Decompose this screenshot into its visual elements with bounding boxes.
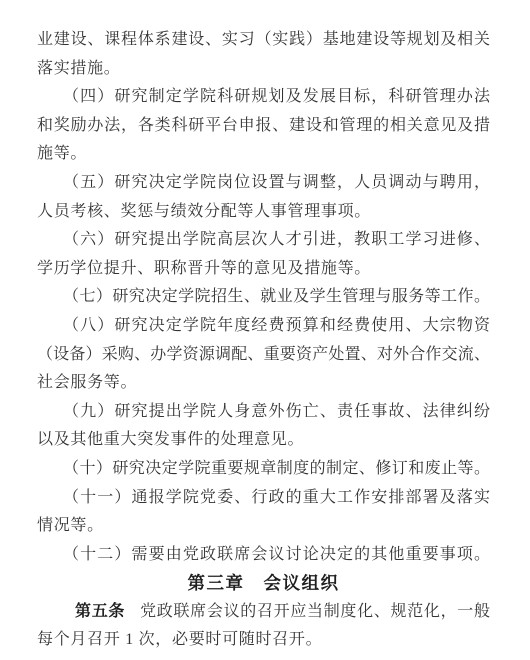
article-5-number: 第五条 [75, 603, 125, 620]
document-line-clause-4: （四）研究制定学院科研规划及发展目标，科研管理办法 [37, 83, 490, 112]
document-line-clause-8: （八）研究决定学院年度经费预算和经费使用、大宗物资 [37, 312, 490, 341]
document-line: 人员考核、奖惩与绩效分配等人事管理事项。 [37, 198, 490, 227]
document-line: （设备）采购、办学资源调配、重要资产处置、对外合作交流、 [37, 341, 490, 370]
document-line: 和奖励办法，各类科研平台申报、建设和管理的相关意见及措 [37, 112, 490, 141]
document-line-clause-9: （九）研究提出学院人身意外伤亡、责任事故、法律纠纷 [37, 398, 490, 427]
document-content: 业建设、课程体系建设、实习（实践）基地建设等规划及相关 落实措施。 （四）研究制… [37, 26, 490, 655]
article-5-text: 党政联席会议的召开应当制度化、规范化，一般 [140, 603, 490, 620]
article-5-first-line: 第五条党政联席会议的召开应当制度化、规范化，一般 [37, 598, 490, 627]
document-line: 情况等。 [37, 512, 490, 541]
document-line-clause-12: （十二）需要由党政联席会议讨论决定的其他重要事项。 [37, 541, 490, 570]
article-5-second-line: 每个月召开 1 次，必要时可随时召开。 [37, 626, 490, 655]
document-line: 学历学位提升、职称晋升等的意见及措施等。 [37, 255, 490, 284]
document-line-clause-10: （十）研究决定学院重要规章制度的制定、修订和废止等。 [37, 455, 490, 484]
document-line: 社会服务等。 [37, 369, 490, 398]
document-line-clause-7: （七）研究决定学院招生、就业及学生管理与服务等工作。 [37, 283, 490, 312]
document-line: 以及其他重大突发事件的处理意见。 [37, 426, 490, 455]
document-line: 落实措施。 [37, 55, 490, 84]
document-line-clause-11: （十一）通报学院党委、行政的重大工作安排部署及落实 [37, 484, 490, 513]
document-line: 业建设、课程体系建设、实习（实践）基地建设等规划及相关 [37, 26, 490, 55]
document-line-clause-6: （六）研究提出学院高层次人才引进，教职工学习进修、 [37, 226, 490, 255]
document-page: 业建设、课程体系建设、实习（实践）基地建设等规划及相关 落实措施。 （四）研究制… [0, 0, 530, 660]
chapter-heading: 第三章 会议组织 [37, 569, 490, 598]
document-line-clause-5: （五）研究决定学院岗位设置与调整，人员调动与聘用， [37, 169, 490, 198]
document-line: 施等。 [37, 140, 490, 169]
